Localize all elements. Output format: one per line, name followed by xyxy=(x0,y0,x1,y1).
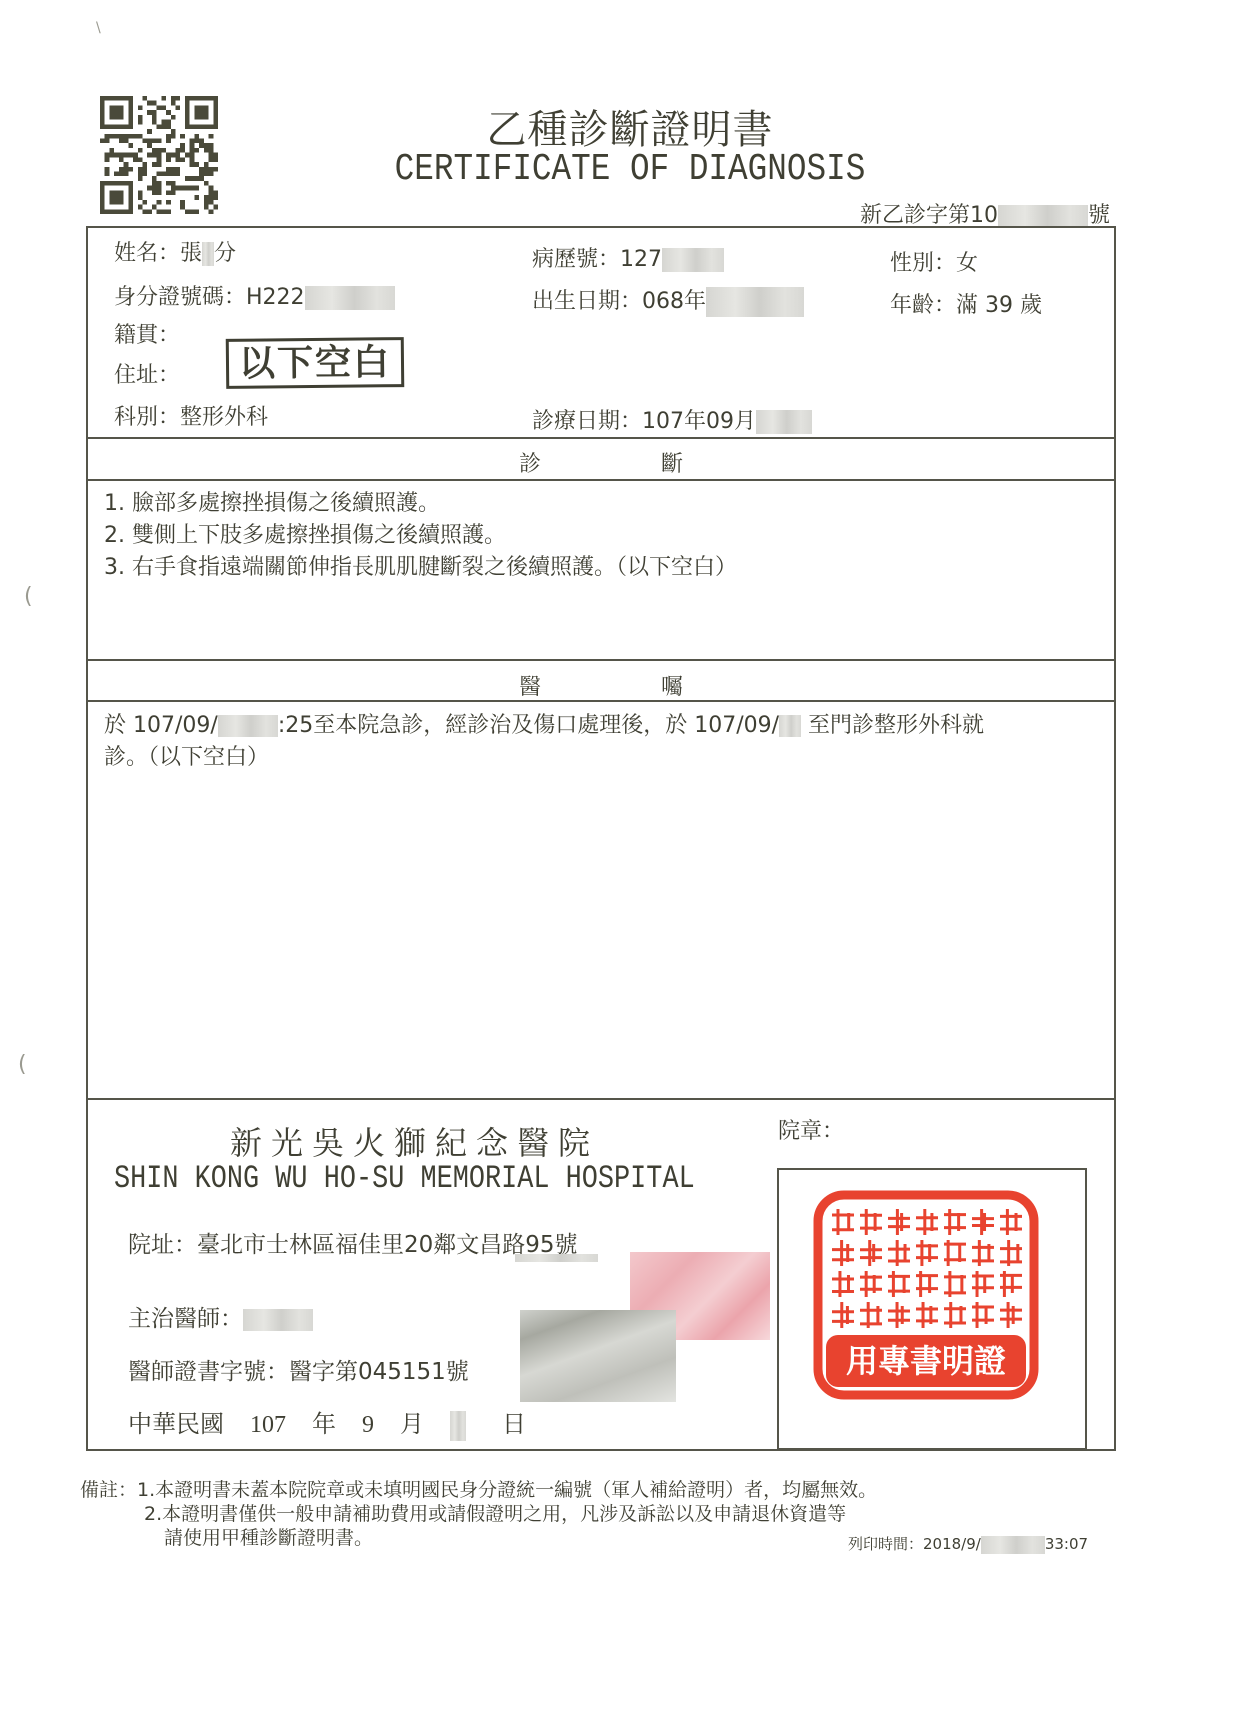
remark-line: 備註：1.本證明書未蓋本院院章或未填明國民身分證統一編號（軍人補給證明）者，均屬… xyxy=(80,1478,877,1502)
remark-line: 2.本證明書僅供一般申請補助費用或請假證明之用，凡涉及訴訟以及申請退休資遣等 xyxy=(80,1502,877,1526)
address: 住址： xyxy=(114,358,180,389)
medical-record-number: 病歷號：127 xyxy=(532,242,724,273)
age: 年齡：滿 39 歲 xyxy=(890,288,1042,319)
issue-date: 中華民國 107 年 9 月 日 xyxy=(128,1404,546,1441)
redacted-block xyxy=(202,242,214,266)
title-english: CERTIFICATE OF DIAGNOSIS xyxy=(346,148,914,191)
physician-license: 醫師證書字號：醫字第045151號 xyxy=(128,1353,469,1386)
redacted-block xyxy=(998,205,1088,227)
hospital-seal-label: 院章： xyxy=(778,1114,844,1145)
redacted-block xyxy=(218,715,278,737)
diagnosis-heading: 診斷 xyxy=(86,447,1116,478)
diagnosis-item: 2. 雙側上下肢多處擦挫損傷之後續照護。 xyxy=(104,520,737,552)
blank-below-stamp: 以下空白 xyxy=(226,337,405,389)
hospital-address: 院址：臺北市士林區福佳里20鄰文昌路95號 xyxy=(128,1226,578,1259)
divider xyxy=(86,1098,1116,1100)
doctor-advice: 於 107/09/:25至本院急診，經診治及傷口處理後，於 107/09/ 至門… xyxy=(104,710,1094,774)
scan-mark: \ xyxy=(96,20,101,36)
print-time: 列印時間：2018/9/33:07 xyxy=(848,1533,1088,1554)
id-number: 身分證號碼：H222 xyxy=(114,280,395,311)
diagnosis-list: 1. 臉部多處擦挫損傷之後續照護。 2. 雙側上下肢多處擦挫損傷之後續照護。 3… xyxy=(104,488,737,584)
patient-name: 姓名：張分 xyxy=(114,236,236,267)
visit-date: 診療日期：107年09月 xyxy=(532,404,812,435)
remarks: 備註：1.本證明書未蓋本院院章或未填明國民身分證統一編號（軍人補給證明）者，均屬… xyxy=(80,1478,877,1550)
redacted-block xyxy=(981,1536,1045,1554)
redacted-block xyxy=(515,1254,598,1262)
redacted-block xyxy=(706,287,804,317)
cert-number-prefix: 新乙診字第10 xyxy=(860,203,998,228)
scan-mark: ( xyxy=(18,1052,27,1077)
advice-heading: 醫囑 xyxy=(86,670,1116,701)
remark-line: 請使用甲種診斷證明書。 xyxy=(80,1526,877,1550)
native-place: 籍貫： xyxy=(114,318,180,349)
redacted-block xyxy=(243,1309,313,1331)
redacted-signature xyxy=(520,1310,676,1402)
redacted-block xyxy=(305,286,395,310)
redacted-block xyxy=(756,410,812,434)
scan-mark: ( xyxy=(24,584,33,609)
divider xyxy=(86,479,1116,481)
certificate-number: 新乙診字第10號 xyxy=(860,198,1110,229)
attending-physician: 主治醫師： xyxy=(128,1300,313,1333)
cert-number-suffix: 號 xyxy=(1088,203,1110,228)
birth-date: 出生日期：068年 xyxy=(532,284,804,317)
svg-text:用專書明證: 用專書明證 xyxy=(846,1342,1006,1380)
gender: 性別：女 xyxy=(890,246,978,277)
hospital-name-chinese: 新光吳火獅紀念醫院 xyxy=(230,1118,599,1164)
divider xyxy=(86,659,1116,661)
redacted-block xyxy=(450,1411,466,1441)
diagnosis-item: 1. 臉部多處擦挫損傷之後續照護。 xyxy=(104,488,737,520)
hospital-seal-stamp-icon: 用專書明證 xyxy=(812,1185,1042,1405)
divider xyxy=(86,437,1116,439)
title-chinese: 乙種診斷證明書 xyxy=(330,98,930,155)
department: 科別：整形外科 xyxy=(114,400,268,431)
diagnosis-item: 3. 右手食指遠端關節伸指長肌肌腱斷裂之後續照護。（以下空白） xyxy=(104,552,737,584)
qr-code-icon xyxy=(98,96,220,214)
redacted-block xyxy=(779,715,801,737)
redacted-block xyxy=(662,248,724,272)
hospital-name-english: SHIN KONG WU HO-SU MEMORIAL HOSPITAL xyxy=(114,1160,695,1197)
